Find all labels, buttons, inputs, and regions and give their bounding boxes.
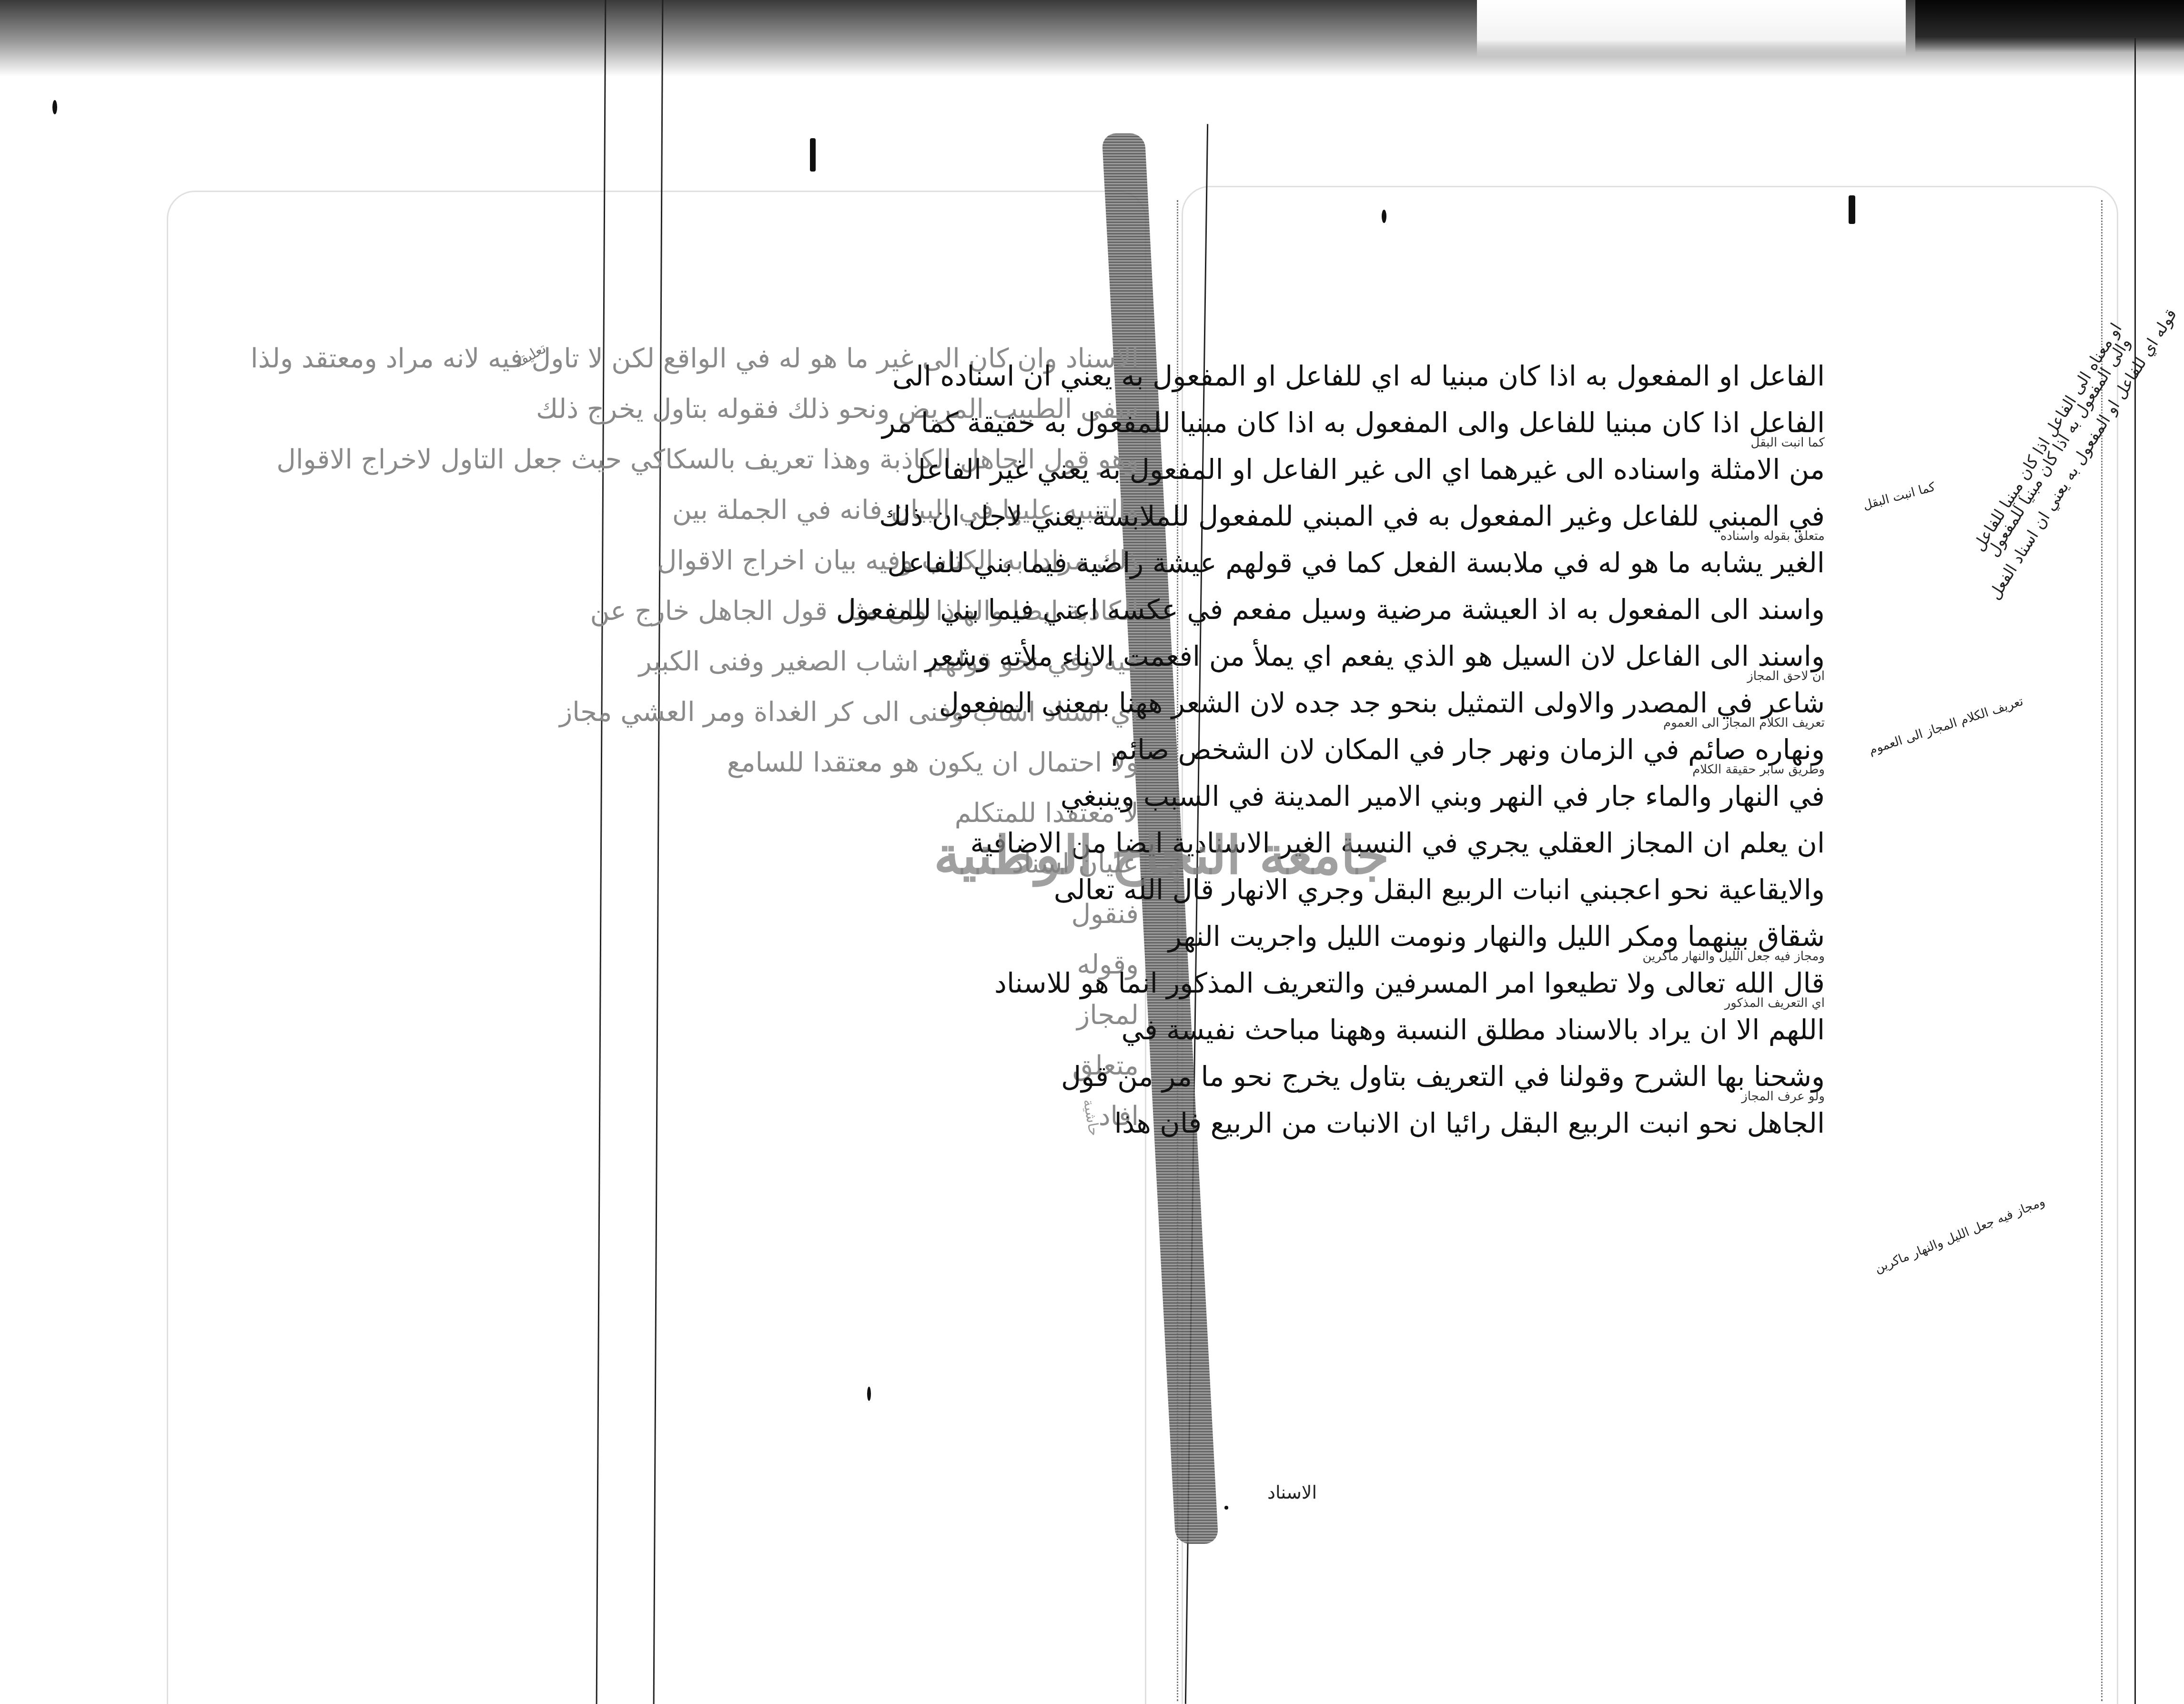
right-line: واسند الى المفعول به اذ العيشة مرضية وسي… <box>1239 586 1825 633</box>
right-line: الفاعل او المفعول به اذا كان مبنيا له اي… <box>1239 353 1825 399</box>
right-page-rule-outer <box>2134 38 2136 1704</box>
right-line: في النهار والماء جار في النهر وبني الامي… <box>1239 773 1825 820</box>
scan-top-highlight <box>1477 0 1906 57</box>
ink-speck <box>867 1387 871 1401</box>
right-line: الجاهل نحو انبت الربيع البقل رائيا ان ال… <box>1239 1100 1825 1146</box>
right-page-text: الفاعل او المفعول به اذا كان مبنيا له اي… <box>1239 353 1825 1146</box>
ink-speck <box>1224 1506 1228 1510</box>
ink-speck <box>1849 195 1855 224</box>
right-line: واسند الى الفاعل لان السيل هو الذي يفعم … <box>1239 633 1825 680</box>
right-line: وشحنا بها الشرح وقولنا في التعريف بتاول … <box>1239 1053 1825 1100</box>
catchword: الاسناد <box>1267 1482 1317 1503</box>
right-line: من الامثلة واسناده الى غيرهما اي الى غير… <box>1239 446 1825 493</box>
left-line: افاد <box>562 1091 1139 1142</box>
right-line: اللهم الا ان يراد بالاسناد مطلق النسبة و… <box>1239 1006 1825 1053</box>
ink-speck <box>52 100 57 114</box>
left-line: فنقول <box>562 889 1139 940</box>
left-line: ولا احتمال ان يكون هو معتقدا للسامع <box>562 738 1139 788</box>
scan-top-dark-corner <box>1915 0 2184 52</box>
right-line: الفاعل اذا كان مبنيا للفاعل والى المفعول… <box>1239 399 1825 446</box>
left-line: متعلق <box>562 1041 1139 1091</box>
right-line: الغير يشابه ما هو له في ملابسة الفعل كما… <box>1239 539 1825 586</box>
ink-speck <box>810 138 816 172</box>
ink-speck <box>1382 210 1386 223</box>
library-watermark: جامعة النجاح الوطنية <box>934 824 1389 886</box>
